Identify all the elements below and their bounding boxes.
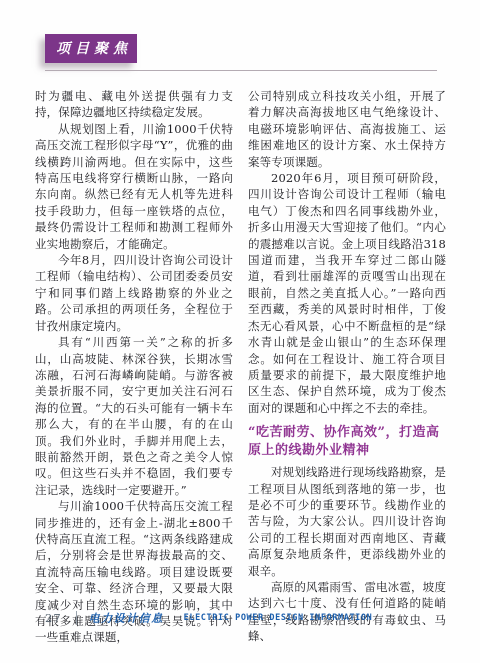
header-rule	[45, 70, 437, 71]
magazine-page: 项目聚焦 时为疆电、藏电外送提供强有力支持，保障边疆地区持续稳定发展。 从规划图…	[0, 0, 480, 663]
paragraph: 具有“川西第一关”之称的折多山，山高坡陡、林深谷狭，长期冰雪冻融，石河石海嶙峋陡…	[35, 334, 233, 498]
journal-title-en: ELECTRIC POWER DESIGN INFORMATION	[184, 613, 373, 623]
paragraph: 时为疆电、藏电外送提供强有力支持，保障边疆地区持续稳定发展。	[35, 88, 233, 121]
page-footer: 27 电力设计信息 ELECTRIC POWER DESIGN INFORMAT…	[45, 610, 372, 626]
footer-divider	[76, 611, 77, 625]
left-column: 时为疆电、藏电外送提供强有力支持，保障边疆地区持续稳定发展。 从规划图上看，川渝…	[35, 88, 233, 646]
paragraph: 从规划图上看，川渝1000千伏特高压交流工程形似字母“Y”，优雅的曲线横跨川渝两…	[35, 121, 233, 252]
paragraph: 2020年6月，项目预可研阶段，四川设计咨询公司设计工程师（输电电气）丁俊杰和四…	[248, 170, 446, 416]
section-heading: “吃苦耐劳、协作高效”，打造高原上的线勘外业精神	[248, 424, 446, 459]
right-column: 公司特别成立科技攻关小组，开展了着力解决高海拔地区电气绝缘设计、电磁环境影响评估…	[248, 88, 446, 646]
paragraph: 今年8月，四川设计咨询公司设计工程师（输电结构）、公司团委委员安宁和同事们踏上线…	[35, 252, 233, 334]
page-number: 27	[45, 611, 62, 625]
section-badge: 项目聚焦	[45, 34, 137, 63]
journal-title-cn: 电力设计信息	[89, 610, 164, 626]
paragraph: 对规划线路进行现场线路勘察，是工程项目从图纸到落地的第一步，也是必不可少的重要环…	[248, 464, 446, 579]
article-body: 时为疆电、藏电外送提供强有力支持，保障边疆地区持续稳定发展。 从规划图上看，川渝…	[35, 88, 451, 646]
paragraph: 公司特别成立科技攻关小组，开展了着力解决高海拔地区电气绝缘设计、电磁环境影响评估…	[248, 88, 446, 170]
